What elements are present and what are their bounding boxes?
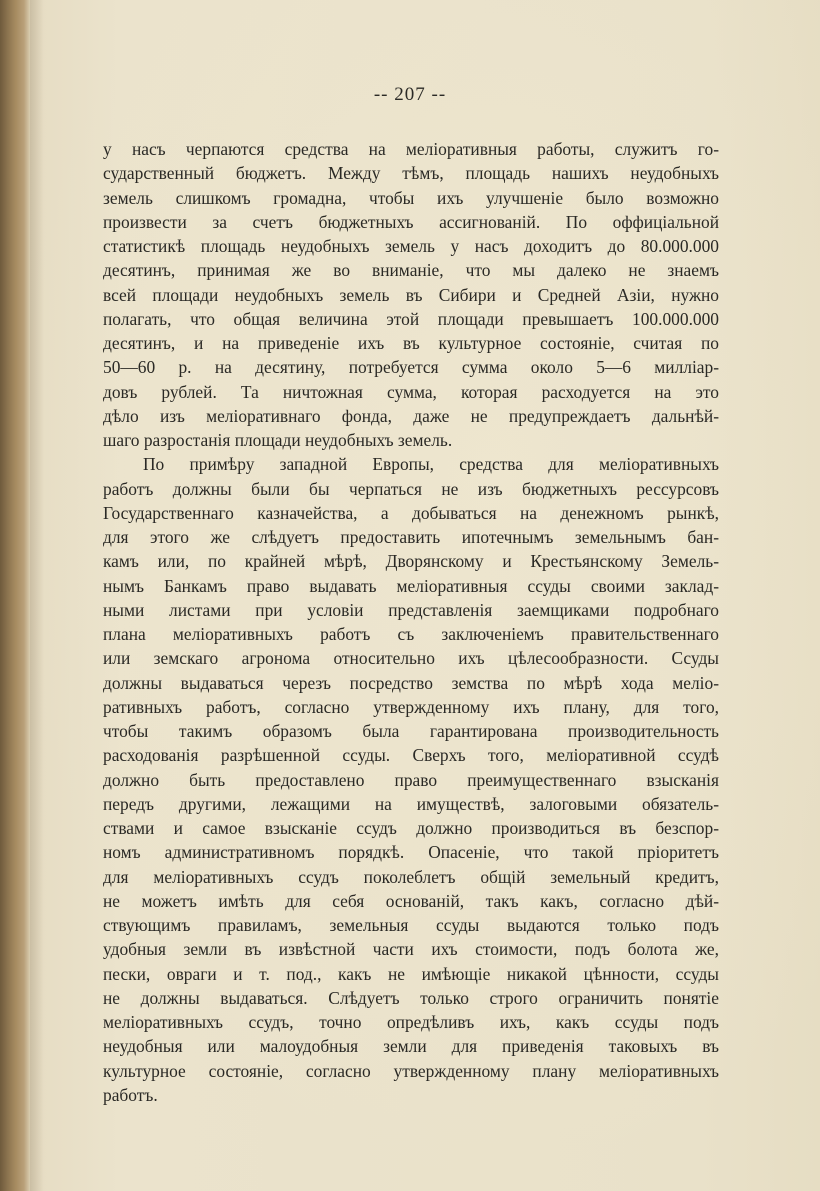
text-line: 50—60 р. на десятину, потребуется сумма …	[103, 355, 719, 379]
book-binding	[0, 0, 30, 1191]
text-line: для меліоративныхъ ссудъ поколеблетъ общ…	[103, 865, 719, 889]
text-line: плана меліоративныхъ работъ съ заключені…	[103, 622, 719, 646]
text-line: ративныхъ работъ, согласно утвержденному…	[103, 695, 719, 719]
text-line: земель слишкомъ громадна, чтобы ихъ улуч…	[103, 186, 719, 210]
book-page: -- 207 -- у насъ черпаются средства на м…	[0, 0, 820, 1191]
binding-shadow	[30, 0, 44, 1191]
text-line: произвести за счетъ бюджетныхъ ассигнова…	[103, 210, 719, 234]
text-line: десятинъ, принимая же во вниманіе, что м…	[103, 258, 719, 282]
text-line: должны выдаваться черезъ посредство земс…	[103, 671, 719, 695]
text-line: не должны выдаваться. Слѣдуетъ только ст…	[103, 986, 719, 1010]
text-line: дѣло изъ меліоративнаго фонда, даже не п…	[103, 404, 719, 428]
text-line: работъ.	[103, 1083, 719, 1107]
text-line: шаго разростанія площади неудобныхъ земе…	[103, 428, 719, 452]
text-line: Государственнаго казначейства, а добыват…	[103, 501, 719, 525]
text-line: должно быть предоставлено право преимуще…	[103, 768, 719, 792]
text-line: расходованія разрѣшенной ссуды. Сверхъ т…	[103, 743, 719, 767]
page-number: -- 207 --	[0, 84, 820, 106]
text-line: ствующимъ правиламъ, земельныя ссуды выд…	[103, 913, 719, 937]
text-line: меліоративныхъ ссудъ, точно опредѣливъ и…	[103, 1010, 719, 1034]
text-line: довъ рублей. Та ничтожная сумма, которая…	[103, 380, 719, 404]
text-line: нымъ Банкамъ право выдавать меліоративны…	[103, 574, 719, 598]
text-line: чтобы такимъ образомъ была гарантирована…	[103, 719, 719, 743]
text-line: пески, овраги и т. под., какъ не имѣющіе…	[103, 962, 719, 986]
text-line: неудобныя или малоудобныя земли для прив…	[103, 1034, 719, 1058]
text-line: удобныя земли въ извѣстной части ихъ сто…	[103, 937, 719, 961]
text-line: номъ административномъ порядкѣ. Опасеніе…	[103, 840, 719, 864]
body-text: у насъ черпаются средства на меліоративн…	[103, 137, 719, 1107]
text-line: у насъ черпаются средства на меліоративн…	[103, 137, 719, 161]
text-line: камъ или, по крайней мѣрѣ, Дворянскому и…	[103, 549, 719, 573]
text-line: По примѣру западной Европы, средства для…	[103, 452, 719, 476]
text-line: статистикѣ площадь неудобныхъ земель у н…	[103, 234, 719, 258]
text-line: культурное состояніе, согласно утвержден…	[103, 1059, 719, 1083]
text-line: передъ другими, лежащими на имуществѣ, з…	[103, 792, 719, 816]
text-line: работъ должны были бы черпаться не изъ б…	[103, 477, 719, 501]
text-line: сударственный бюджетъ. Между тѣмъ, площа…	[103, 161, 719, 185]
text-line: ными листами при условіи представленія з…	[103, 598, 719, 622]
text-line: десятинъ, и на приведеніе ихъ въ культур…	[103, 331, 719, 355]
text-line: не можетъ имѣть для себя основаній, такъ…	[103, 889, 719, 913]
text-line: или земскаго агронома относительно ихъ ц…	[103, 646, 719, 670]
text-line: ствами и самое взысканіе ссудъ должно пр…	[103, 816, 719, 840]
text-line: для этого же слѣдуетъ предоставить ипоте…	[103, 525, 719, 549]
text-line: всей площади неудобныхъ земель въ Сибири…	[103, 283, 719, 307]
text-line: полагать, что общая величина этой площад…	[103, 307, 719, 331]
